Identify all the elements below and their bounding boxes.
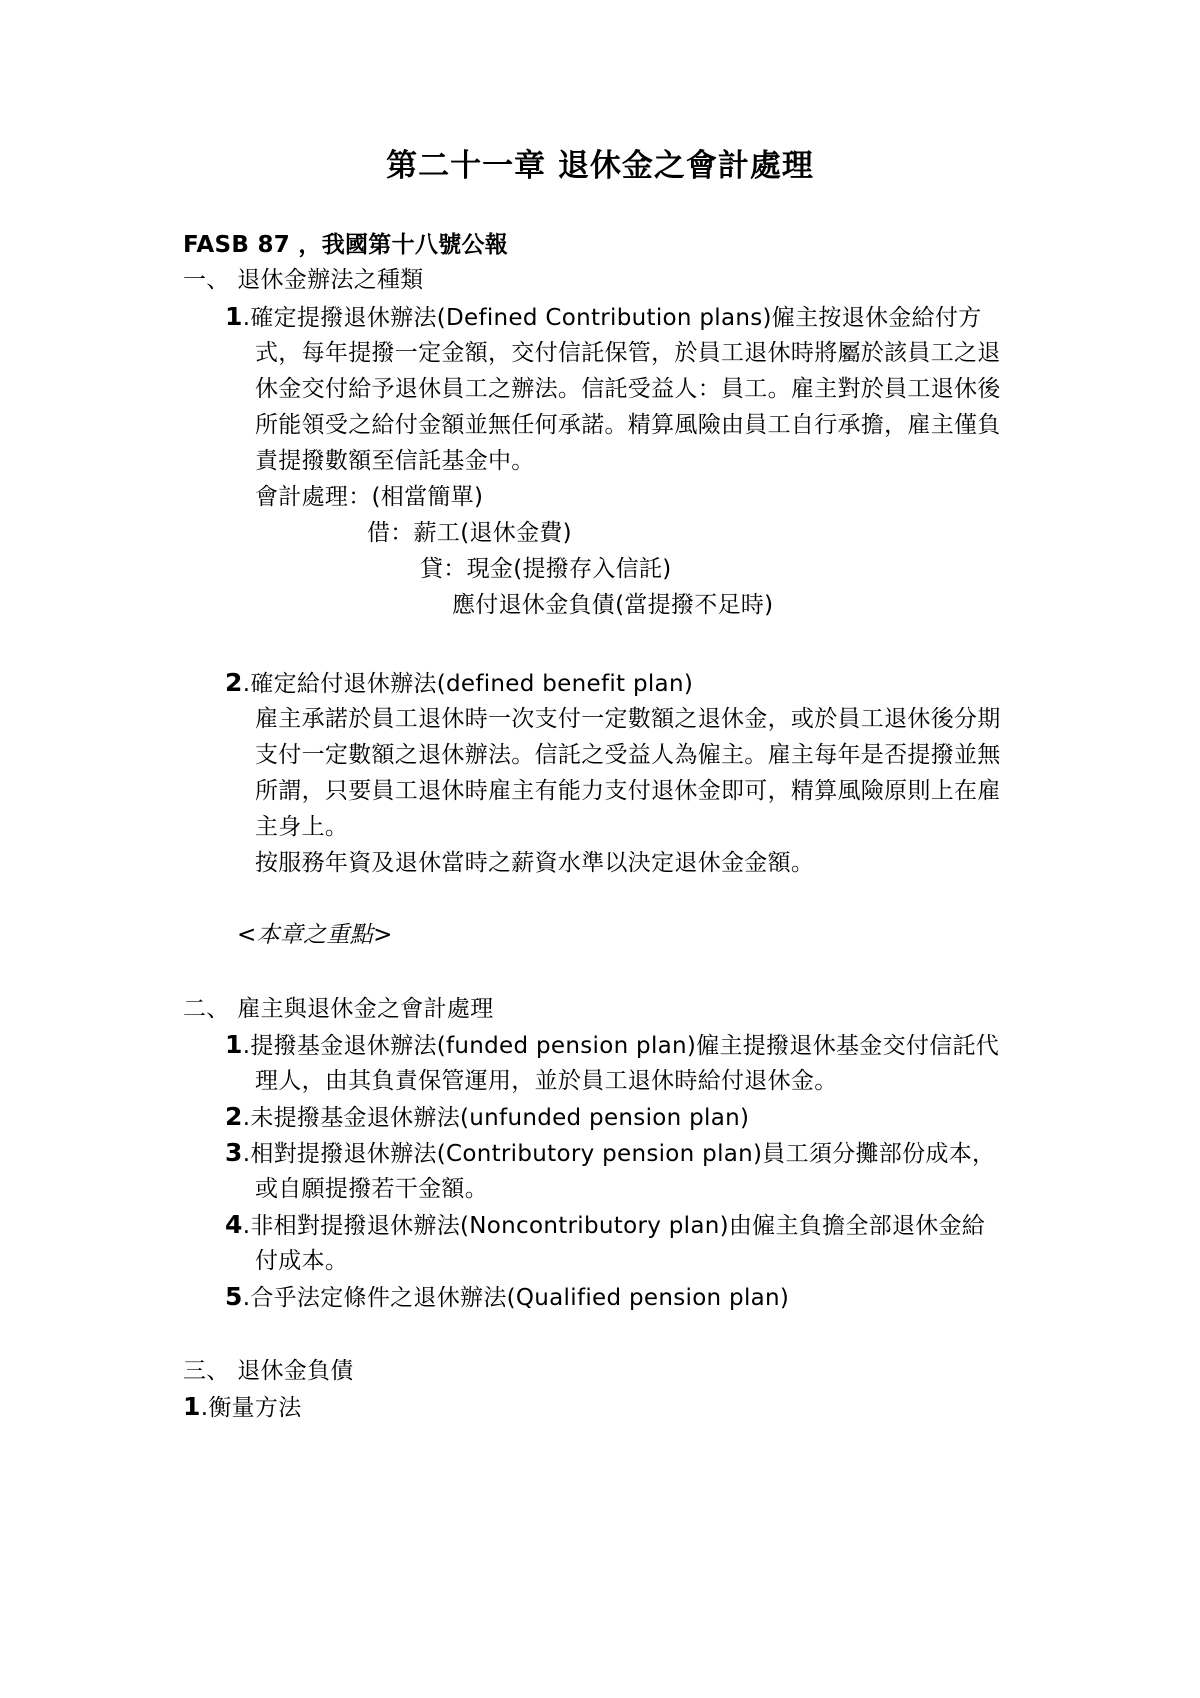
s2-item3-line0: 3.相對提撥退休辦法(Contributory pension plan)員工須…	[225, 1138, 995, 1169]
s1-item1-line2: 休金交付給予退休員工之辦法。信託受益人：員工。雇主對於員工退休後	[255, 374, 1001, 404]
chapter-title: 第二十一章 退休金之會計處理	[0, 146, 1200, 186]
s1-item2-line5: 按服務年資及退休當時之薪資水準以決定退休金金額。	[255, 848, 814, 878]
chapter-highlight: <本章之重點>	[237, 920, 393, 950]
s1-item1-line3: 所能領受之給付金額並無任何承諾。精算風險由員工自行承擔，雇主僅負	[255, 410, 1001, 440]
s1-item2-line4: 主身上。	[255, 812, 348, 842]
section-3-heading: 三、 退休金負債	[183, 1356, 354, 1386]
s3-item1: 1.衡量方法	[183, 1392, 302, 1423]
item-number: 1	[225, 302, 243, 331]
section-2-heading: 二、 雇主與退休金之會計處理	[183, 994, 494, 1024]
s1-item1-line4: 責提撥數額至信託基金中。	[255, 446, 535, 476]
document-page: 第二十一章 退休金之會計處理 FASB 87 ，我國第十八號公報 一、 退休金辦…	[0, 0, 1200, 1698]
item-number: 1	[183, 1392, 201, 1421]
s1-item2-line1: 雇主承諾於員工退休時一次支付一定數額之退休金，或於員工退休後分期	[255, 704, 1001, 734]
item-number: 1	[225, 1030, 243, 1059]
item-number: 5	[225, 1282, 243, 1311]
item-number: 2	[225, 1102, 243, 1131]
s1-item1-line1: 式，每年提撥一定金額，交付信託保管，於員工退休時將屬於該員工之退	[255, 338, 1001, 368]
s1-item2-line0: 2.確定給付退休辦法(defined benefit plan)	[225, 668, 693, 699]
s2-item5-line0: 5.合乎法定條件之退休辦法(Qualified pension plan)	[225, 1282, 789, 1313]
accounting-label: 會計處理：(相當簡單)	[255, 482, 483, 512]
s1-item1-line0: 1.確定提撥退休辦法(Defined Contribution plans)僱主…	[225, 302, 982, 333]
s1-item2-line3: 所謂，只要員工退休時雇主有能力支付退休金即可，精算風險原則上在雇	[255, 776, 1001, 806]
s2-item1-line1: 理人，由其負責保管運用，並於員工退休時給付退休金。	[255, 1066, 838, 1096]
item-number: 2	[225, 668, 243, 697]
s2-item3-line1: 或自願提撥若干金額。	[255, 1174, 488, 1204]
s2-item2-line0: 2.未提撥基金退休辦法(unfunded pension plan)	[225, 1102, 749, 1133]
journal-credit: 貸：現金(提撥存入信託)	[420, 554, 672, 584]
item-number: 4	[225, 1210, 243, 1239]
s1-item2-line2: 支付一定數額之退休辦法。信託之受益人為僱主。雇主每年是否提撥並無	[255, 740, 1001, 770]
s2-item4-line1: 付成本。	[255, 1246, 348, 1276]
subtitle: FASB 87 ，我國第十八號公報	[183, 230, 508, 260]
item-number: 3	[225, 1138, 243, 1167]
s2-item4-line0: 4.非相對提撥退休辦法(Noncontributory plan)由僱主負擔全部…	[225, 1210, 985, 1241]
s2-item1-line0: 1.提撥基金退休辦法(funded pension plan)僱主提撥退休基金交…	[225, 1030, 999, 1061]
journal-credit-2: 應付退休金負債(當提撥不足時)	[452, 590, 773, 620]
section-1-heading: 一、 退休金辦法之種類	[183, 265, 424, 295]
journal-debit: 借：薪工(退休金費)	[367, 518, 572, 548]
